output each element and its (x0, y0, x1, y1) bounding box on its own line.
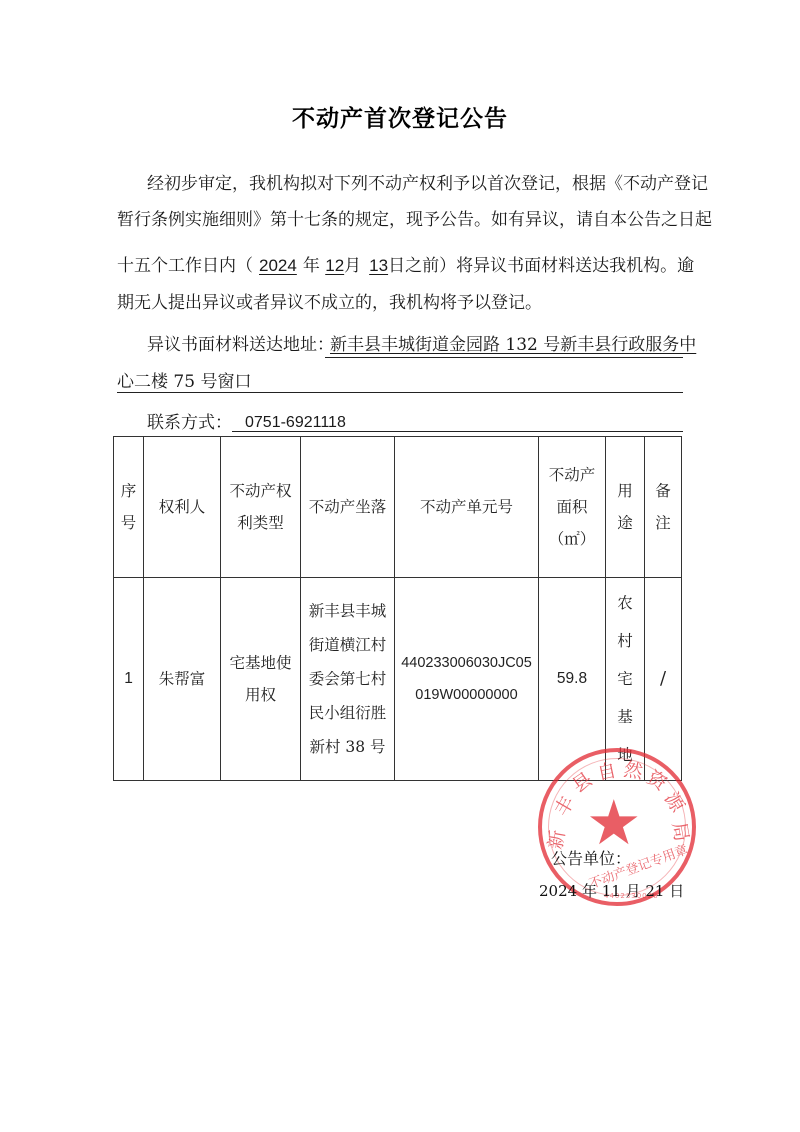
header-usage-1: 用 (606, 475, 644, 507)
body-line-3-prefix: 十五个工作日内（ (117, 256, 253, 276)
cell-location-3: 委会第七村 (301, 662, 394, 696)
header-location: 不动产坐落 (301, 437, 395, 578)
header-seq-2: 号 (114, 507, 143, 539)
cell-location-4: 民小组衍胜 (301, 696, 394, 730)
contact-phone: 0751-6921118 (245, 413, 346, 433)
deadline-day: 13 (361, 256, 388, 275)
header-seq-1: 序 (114, 475, 143, 507)
cell-right-type-2: 用权 (221, 679, 300, 711)
header-right-type: 不动产权 利类型 (221, 437, 301, 578)
header-usage: 用 途 (606, 437, 645, 578)
cell-seq: 1 (114, 578, 144, 781)
deadline-year: 2024 (253, 256, 303, 275)
year-unit: 年 (303, 256, 320, 276)
contact-underline (232, 431, 683, 432)
registration-table: 序 号 权利人 不动产权 利类型 不动产坐落 不动产单元号 不动产 面积 （㎡）… (113, 436, 682, 781)
header-remark: 备 注 (645, 437, 682, 578)
address-value-line-2: 心二楼 75 号窗口 (117, 372, 251, 392)
header-unit-no: 不动产单元号 (395, 437, 539, 578)
cell-location: 新丰县丰城 街道横江村 委会第七村 民小组衍胜 新村 38 号 (301, 578, 395, 781)
body-line-4: 期无人提出异议或者异议不成立的，我机构将予以登记。 (117, 293, 542, 313)
cell-usage-3: 宅 (606, 660, 644, 698)
body-line-1: 经初步审定，我机构拟对下列不动产权利予以首次登记，根据《不动产登记 (147, 174, 708, 194)
table-header-row: 序 号 权利人 不动产权 利类型 不动产坐落 不动产单元号 不动产 面积 （㎡）… (114, 437, 682, 578)
cell-remark: / (645, 578, 682, 781)
header-remark-2: 注 (645, 507, 681, 539)
header-remark-1: 备 (645, 475, 681, 507)
body-line-2: 暂行条例实施细则》第十七条的规定，现予公告。如有异议，请自本公告之日起 (117, 210, 712, 230)
header-seq: 序 号 (114, 437, 144, 578)
month-unit: 月 (344, 256, 361, 276)
cell-location-2: 街道横江村 (301, 628, 394, 662)
address-label: 异议书面材料送达地址： (147, 335, 334, 355)
body-line-3-suffix: 日之前）将异议书面材料送达我机构。逾 (388, 256, 694, 276)
page-title: 不动产首次登记公告 (0, 100, 800, 133)
issuer-label: 公告单位： (551, 846, 631, 869)
address-underline-2 (117, 392, 683, 393)
header-area-3: （㎡） (539, 523, 605, 555)
cell-holder: 朱帮富 (144, 578, 221, 781)
deadline-month: 12 (325, 256, 344, 275)
cell-right-type-1: 宅基地使 (221, 647, 300, 679)
contact-label: 联系方式： (147, 413, 232, 433)
cell-location-1: 新丰县丰城 (301, 594, 394, 628)
address-underline-1 (325, 357, 683, 358)
header-usage-2: 途 (606, 507, 644, 539)
header-holder: 权利人 (144, 437, 221, 578)
header-right-type-2: 利类型 (221, 507, 300, 539)
cell-right-type: 宅基地使 用权 (221, 578, 301, 781)
cell-unit-no: 440233006030JC05 019W00000000 (395, 578, 539, 781)
cell-usage-1: 农 (606, 584, 644, 622)
cell-usage-2: 村 (606, 622, 644, 660)
cell-usage-4: 基 (606, 698, 644, 736)
header-area-1: 不动产 (539, 459, 605, 491)
header-right-type-1: 不动产权 (221, 475, 300, 507)
body-line-3: 十五个工作日内（2024年 12月13日之前）将异议书面材料送达我机构。逾 (117, 256, 694, 276)
cell-location-5: 新村 38 号 (301, 730, 394, 764)
star-icon: ★ (586, 792, 642, 854)
cell-unit-no-1: 440233006030JC05 (395, 647, 538, 679)
header-area-2: 面积 (539, 491, 605, 523)
cell-unit-no-2: 019W00000000 (395, 679, 538, 711)
issue-date: 2024 年 11 月 21 日 (539, 880, 684, 901)
address-value-line-1: 新丰县丰城街道金园路 132 号新丰县行政服务中 (330, 335, 696, 355)
header-area: 不动产 面积 （㎡） (539, 437, 606, 578)
